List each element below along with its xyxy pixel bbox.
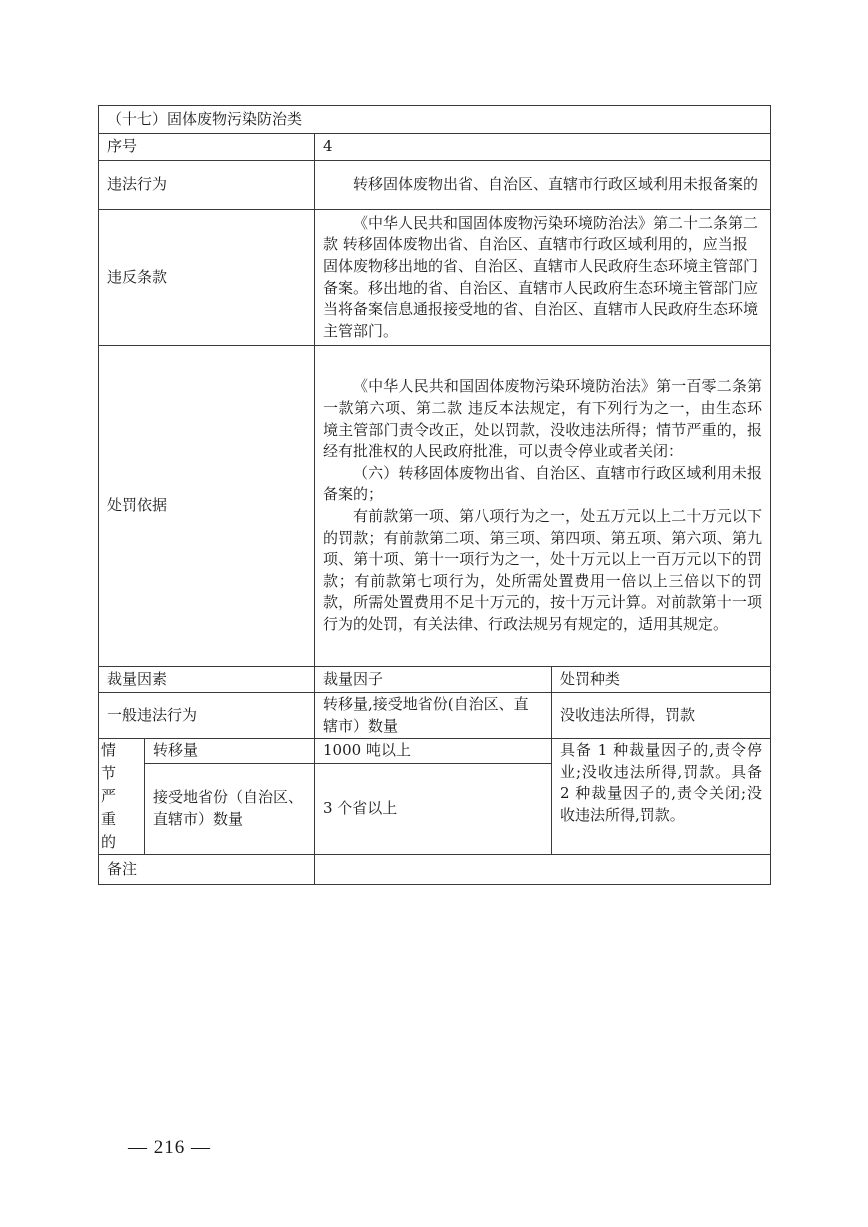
discretion-sub-factor-header: 裁量因子 [315,667,552,693]
serious-factor-transfer-amount: 转移量 [145,739,315,764]
serious-circumstance-label: 情 节 严 重 的 [99,739,145,855]
violation-label: 违法行为 [99,161,315,210]
violated-clause-label: 违反条款 [99,210,315,346]
serial-value: 4 [315,134,771,161]
serious-label-char: 重 [101,808,142,831]
serious-factor-province-count: 接受地省份（自治区、直辖市）数量 [145,763,315,854]
penalty-basis-paragraph: 有前款第一项、第八项行为之一，处五万元以上二十万元以下的罚款；有前款第二项、第三… [323,506,762,636]
general-violation-penalty: 没收违法所得，罚款 [552,693,771,739]
penalty-discretion-table: （十七）固体废物污染防治类 序号 4 违法行为 转移固体废物出省、自治区、直辖市… [98,105,771,885]
penalty-basis-paragraph: （六）转移固体废物出省、自治区、直辖市行政区域利用未报备案的； [323,463,762,506]
serious-label-char: 节 [101,762,142,785]
penalty-basis-value: 《中华人民共和国固体废物污染环境防治法》第一百零二条第一款第六项、第二款 违反本… [315,346,771,667]
remarks-value [315,855,771,885]
page-number: — 216 — [128,1137,211,1159]
general-violation-factor: 转移量,接受地省份(自治区、直辖市）数量 [315,693,552,739]
serious-label-char: 情 [101,739,142,762]
penalty-type-header: 处罚种类 [552,667,771,693]
discretion-factor-header: 裁量因素 [99,667,315,693]
serial-label: 序号 [99,134,315,161]
serious-label-char: 的 [101,831,142,854]
serious-threshold-transfer-amount: 1000 吨以上 [315,739,552,764]
violated-clause-value: 《中华人民共和国固体废物污染环境防治法》第二十二条第二款 转移固体废物出省、自治… [315,210,771,346]
penalty-basis-paragraph: 《中华人民共和国固体废物污染环境防治法》第一百零二条第一款第六项、第二款 违反本… [323,376,762,462]
serious-label-char: 严 [101,785,142,808]
serious-penalty: 具备 1 种裁量因子的,责令停业;没收违法所得,罚款。具备 2 种裁量因子的,责… [552,739,771,855]
remarks-label: 备注 [99,855,315,885]
serious-threshold-province-count: 3 个省以上 [315,763,552,854]
violation-value: 转移固体废物出省、自治区、直辖市行政区域利用未报备案的 [315,161,771,210]
section-title: （十七）固体废物污染防治类 [99,106,771,134]
general-violation-label: 一般违法行为 [99,693,315,739]
penalty-basis-label: 处罚依据 [99,346,315,667]
